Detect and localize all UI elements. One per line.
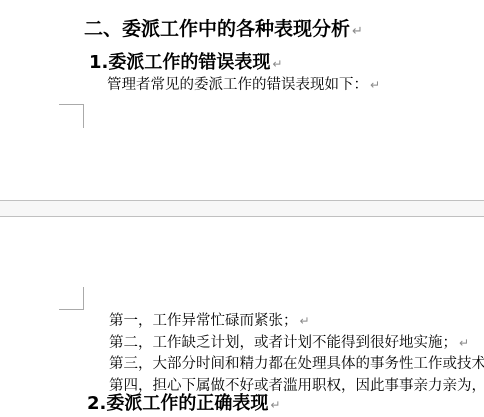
heading-correct-performance[interactable]: 2.委派工作的正确表现↵	[87, 395, 280, 413]
list-line-third-text: 第三，大部分时间和精力都在处理具体的事务性工作或技术工	[109, 356, 484, 372]
heading-wrong-performance-text: 1.委派工作的错误表现	[89, 52, 270, 73]
document-title-text: 二、委派工作中的各种表现分析	[84, 18, 350, 40]
page-2[interactable]: 第一，工作异常忙碌而紧张；↵ 第二，工作缺乏计划，或者计划不能得到很好地实施；↵…	[0, 217, 484, 417]
text-boundary-corner-top-left	[59, 287, 84, 310]
heading-wrong-performance[interactable]: 1.委派工作的错误表现↵	[89, 54, 282, 72]
paragraph-mark-icon: ↵	[270, 398, 280, 412]
list-line-fourth[interactable]: 第四，担心下属做不好或者滥用职权，因此事事亲力亲为，但	[109, 379, 484, 394]
paragraph-mark-icon: ↵	[300, 314, 310, 328]
text-boundary-corner-bottom-left	[59, 104, 84, 128]
list-line-second-text: 第二，工作缺乏计划，或者计划不能得到很好地实施；	[109, 335, 457, 351]
paragraph-mark-icon: ↵	[370, 78, 380, 92]
list-line-first-text: 第一，工作异常忙碌而紧张；	[109, 313, 298, 329]
document-title[interactable]: 二、委派工作中的各种表现分析↵	[84, 20, 363, 39]
paragraph-mark-icon: ↵	[459, 336, 469, 350]
intro-paragraph[interactable]: 管理者常见的委派工作的错误表现如下：↵	[107, 78, 380, 93]
page-separator	[0, 200, 484, 217]
word-document-view: 二、委派工作中的各种表现分析↵ 1.委派工作的错误表现↵ 管理者常见的委派工作的…	[0, 0, 484, 417]
list-line-first[interactable]: 第一，工作异常忙碌而紧张；↵	[109, 314, 310, 329]
intro-paragraph-text: 管理者常见的委派工作的错误表现如下：	[107, 77, 368, 93]
heading-correct-performance-text: 2.委派工作的正确表现	[87, 393, 268, 414]
list-line-fourth-text: 第四，担心下属做不好或者滥用职权，因此事事亲力亲为，但	[109, 378, 484, 394]
paragraph-mark-icon: ↵	[352, 24, 363, 39]
page-1[interactable]: 二、委派工作中的各种表现分析↵ 1.委派工作的错误表现↵ 管理者常见的委派工作的…	[0, 0, 484, 200]
list-line-second[interactable]: 第二，工作缺乏计划，或者计划不能得到很好地实施；↵	[109, 336, 469, 351]
list-line-third[interactable]: 第三，大部分时间和精力都在处理具体的事务性工作或技术工	[109, 357, 484, 372]
paragraph-mark-icon: ↵	[272, 57, 282, 71]
